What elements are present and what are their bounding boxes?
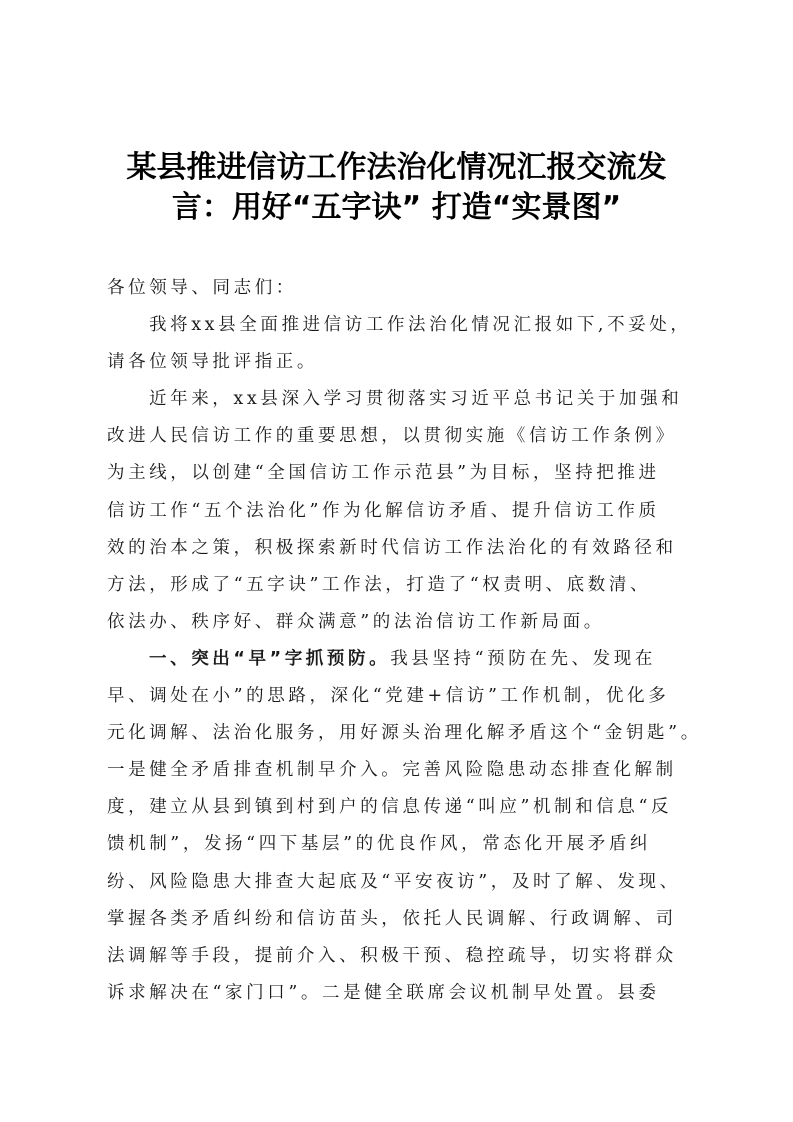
paragraph-line: 馈机制”，发扬“四下基层”的优良作风，常态化开展矛盾纠 [107, 826, 707, 863]
paragraph-line: 方法，形成了“五字诀”工作法，打造了“权责明、底数清、 [107, 567, 707, 604]
paragraph-line: 改进人民信访工作的重要思想，以贯彻实施《信访工作条例》 [107, 418, 707, 455]
section-heading-continuation: 我县坚持“预防在先、发现在 [390, 649, 656, 669]
paragraph-line: 掌握各类矛盾纠纷和信访苗头，依托人民调解、行政调解、司 [107, 901, 707, 938]
paragraph-line: 一、突出“早”字抓预防。我县坚持“预防在先、发现在 [107, 641, 707, 678]
paragraph-overview: 近年来，xx县深入学习贯彻落实习近平总书记关于加强和 改进人民信访工作的重要思想… [107, 381, 707, 641]
paragraph-line: 信访工作“五个法治化”作为化解信访矛盾、提升信访工作质 [107, 493, 707, 530]
paragraph-line: 元化调解、法治化服务，用好源头治理化解矛盾这个“金钥匙”。 [107, 715, 707, 752]
paragraph-line: 诉求解决在“家门口”。二是健全联席会议机制早处置。县委 [107, 975, 707, 1012]
salutation: 各位领导、同志们： [107, 270, 707, 307]
paragraph-opening: 我将xx县全面推进信访工作法治化情况汇报如下,不妥处， 请各位领导批评指正。 [107, 307, 707, 381]
paragraph-line: 效的治本之策，积极探索新时代信访工作法治化的有效路径和 [107, 530, 707, 567]
paragraph-line: 我将xx县全面推进信访工作法治化情况汇报如下,不妥处， [107, 307, 707, 344]
paragraph-line: 度，建立从县到镇到村到户的信息传递“叫应”机制和信息“反 [107, 789, 707, 826]
paragraph-line: 纷、风险隐患大排查大起底及“平安夜访”，及时了解、发现、 [107, 864, 707, 901]
section-heading: 一、突出“早”字抓预防。 [149, 649, 390, 669]
paragraph-section-1: 一、突出“早”字抓预防。我县坚持“预防在先、发现在 早、调处在小”的思路，深化“… [107, 641, 707, 1012]
document-title: 某县推进信访工作法治化情况汇报交流发 言：用好“五字诀” 打造“实景图” [100, 148, 693, 228]
paragraph-line: 一是健全矛盾排查机制早介入。完善风险隐患动态排查化解制 [107, 752, 707, 789]
paragraph-line: 法调解等手段，提前介入、积极干预、稳控疏导，切实将群众 [107, 938, 707, 975]
document-body: 各位领导、同志们： 我将xx县全面推进信访工作法治化情况汇报如下,不妥处， 请各… [107, 270, 707, 1012]
paragraph-line: 为主线，以创建“全国信访工作示范县”为目标，坚持把推进 [107, 455, 707, 492]
paragraph-line: 近年来，xx县深入学习贯彻落实习近平总书记关于加强和 [107, 381, 707, 418]
title-line-2: 言：用好“五字诀” 打造“实景图” [100, 188, 693, 228]
paragraph-line: 依法办、秩序好、群众满意”的法治信访工作新局面。 [107, 604, 707, 641]
document-page: 某县推进信访工作法治化情况汇报交流发 言：用好“五字诀” 打造“实景图” 各位领… [0, 0, 793, 1122]
paragraph-line: 请各位领导批评指正。 [107, 344, 707, 381]
title-line-1: 某县推进信访工作法治化情况汇报交流发 [100, 148, 693, 188]
paragraph-line: 早、调处在小”的思路，深化“党建+信访”工作机制，优化多 [107, 678, 707, 715]
